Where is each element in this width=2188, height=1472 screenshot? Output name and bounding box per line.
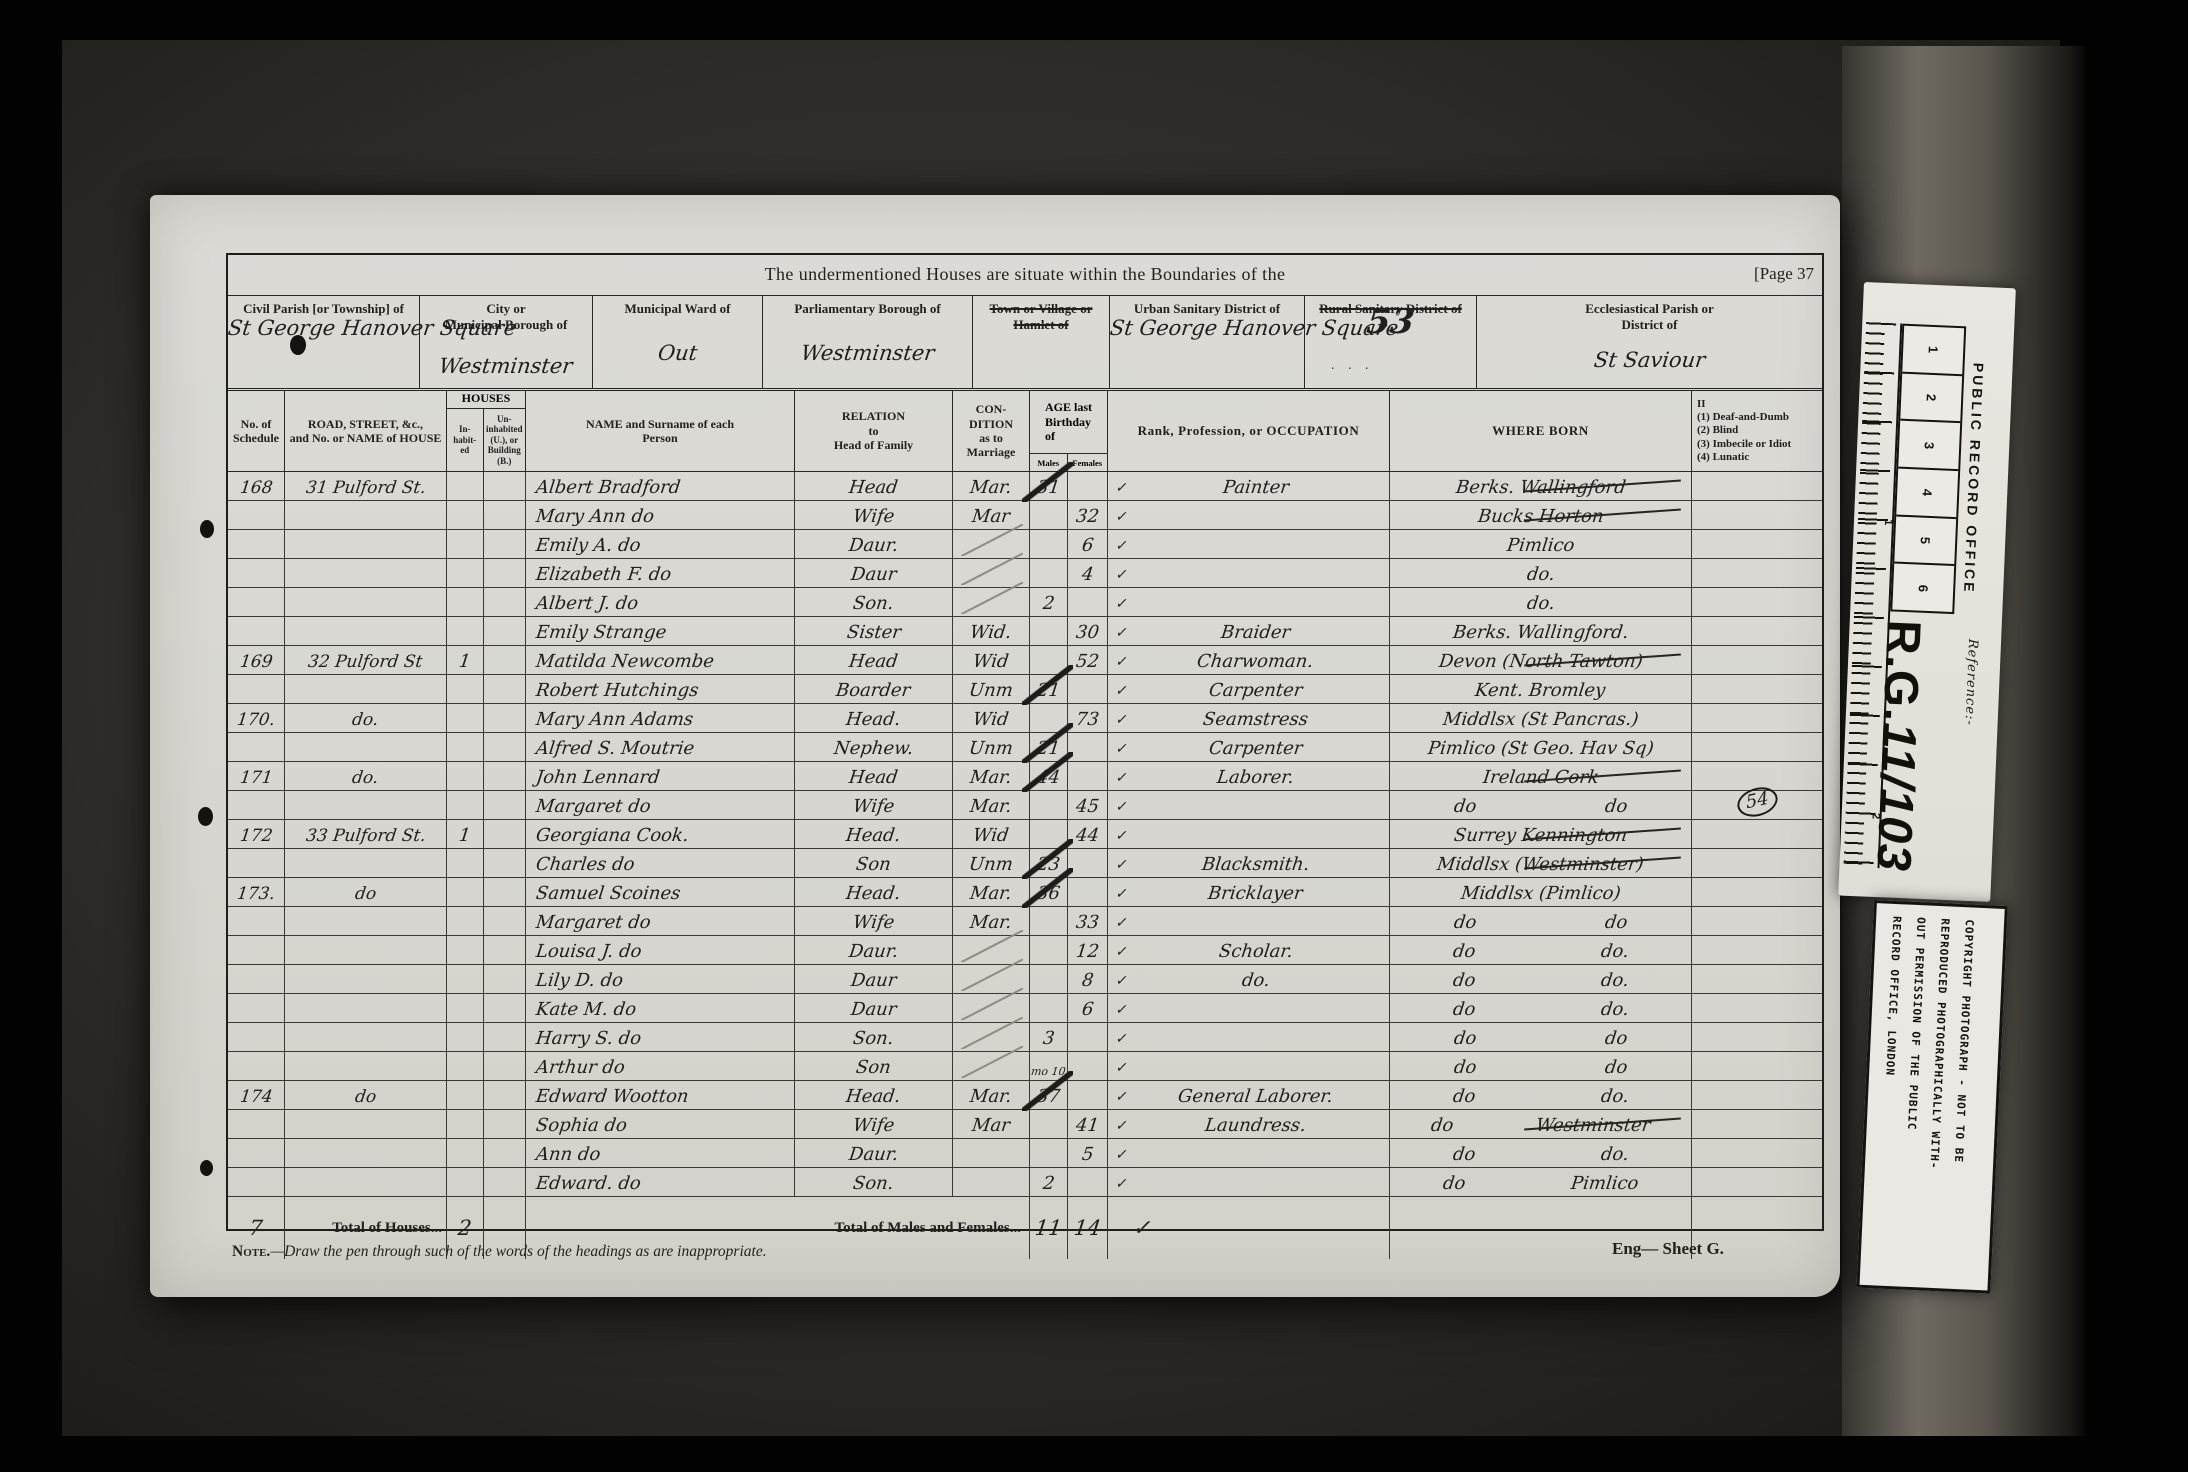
schedule-number: 174: [228, 1081, 285, 1109]
relation-to-head: Nephew.: [795, 733, 953, 761]
person-name-text: Robert Hutchings: [535, 682, 700, 700]
microfilm-scan: The undermentioned Houses are situate wi…: [0, 0, 2188, 1472]
where-born-text: do: [1603, 798, 1628, 816]
copyright-label: COPYRIGHT PHOTOGRAPH - NOT TO BE REPRODU…: [1856, 900, 2007, 1294]
occupation-text: Blacksmith.: [1201, 856, 1311, 874]
marriage-condition: [953, 1023, 1030, 1051]
check-mark: ✓: [1114, 1118, 1129, 1134]
age-female: [1068, 849, 1108, 877]
where-born-text: Surrey Kennington: [1453, 827, 1628, 845]
check-mark: ✓: [1114, 1089, 1129, 1105]
where-born-text: do: [1603, 914, 1628, 932]
road-name: 32 Pulford St: [285, 646, 447, 674]
age-female: [1068, 1081, 1108, 1109]
relation-to-head: Daur.: [795, 936, 953, 964]
column-header-relation: RELATION to Head of Family: [795, 391, 953, 471]
schedule-number: [228, 1023, 285, 1051]
district-box-rural-sanitary: Rural Sanitary District of 53 . . .: [1305, 296, 1477, 388]
relation-to-head-text: Wife: [852, 1117, 895, 1135]
district-box-value: Out: [657, 343, 699, 364]
age-female: 30: [1068, 617, 1108, 645]
schedule-number-text: 169: [239, 654, 274, 671]
form-title: The undermentioned Houses are situate wi…: [488, 264, 1562, 285]
total-check: ✓: [1108, 1197, 1390, 1259]
occupation-text: General Laborer.: [1177, 1088, 1334, 1106]
age-male-text: 2: [1042, 595, 1056, 613]
disability: [1692, 820, 1822, 848]
schedule-number: [228, 733, 285, 761]
ruler-number: 1: [1902, 326, 1964, 376]
relation-to-head-text: Wife: [852, 798, 895, 816]
schedule-number: [228, 1052, 285, 1080]
ruler-number: 4: [1896, 469, 1958, 519]
table-row: 174doEdward WoottonHead.Mar.37✓General L…: [228, 1081, 1822, 1110]
table-row: 16932 Pulford St1Matilda NewcombeHeadWid…: [228, 646, 1822, 675]
where-born: dodo.: [1390, 1081, 1692, 1109]
road-name-text: do.: [351, 712, 379, 729]
ink-blot: [200, 520, 214, 538]
where-born-text: Pimlico (St Geo. Hav Sq): [1427, 740, 1655, 758]
relation-to-head: Daur.: [795, 530, 953, 558]
person-name: Albert J. do: [526, 588, 795, 616]
disability: [1692, 965, 1822, 993]
sheet-label: Eng— Sheet G.: [1612, 1239, 1724, 1259]
person-name: Emily Strange: [526, 617, 795, 645]
road-name-text: do.: [351, 770, 379, 787]
age-male: [1030, 501, 1068, 529]
occupation: ✓Blacksmith.: [1108, 849, 1390, 877]
marriage-condition: [953, 588, 1030, 616]
person-name-text: Elizabeth F. do: [535, 566, 672, 584]
ink-blot: [198, 807, 213, 826]
form-frame: The undermentioned Houses are situate wi…: [226, 253, 1824, 1231]
houses-inhabited: [447, 1110, 484, 1138]
houses-inhabited: [447, 1139, 484, 1167]
district-box-civil-parish: Civil Parish [or Township] of St George …: [228, 296, 420, 388]
where-born-text: do: [1452, 943, 1477, 961]
marriage-condition: Mar.: [953, 878, 1030, 906]
ruler-number-boxes: 1 2 3 4 5 6: [1890, 324, 1966, 614]
marriage-condition-text: Unm: [968, 740, 1014, 758]
relation-to-head-text: Son: [855, 1059, 892, 1077]
schedule-number: [228, 1110, 285, 1138]
occupation-text: Scholar.: [1218, 943, 1294, 961]
houses-uninhabited: [484, 791, 526, 819]
marriage-condition: Wid.: [953, 617, 1030, 645]
road-name: [285, 617, 447, 645]
column-header-females: Females: [1068, 454, 1107, 471]
age-male: mo 10: [1030, 1052, 1068, 1080]
check-mark: ✓: [1114, 770, 1129, 786]
age-male: [1030, 907, 1068, 935]
occupation: ✓: [1108, 1052, 1390, 1080]
column-header-disability: II (1) Deaf-and-Dumb (2) Blind (3) Imbec…: [1692, 391, 1822, 471]
schedule-number: [228, 501, 285, 529]
pro-reference-label: 1 2 1 2 3 4 5 6 PUBLIC RECORD OFFICE Ref…: [1838, 282, 2016, 902]
person-name-text: Louisa J. do: [535, 943, 643, 961]
where-born-text: do.: [1526, 566, 1556, 584]
person-name-text: Lily D. do: [535, 972, 624, 990]
check-mark: ✓: [1114, 1147, 1129, 1163]
district-box-town-village: Town or Village or Hamlet of: [973, 296, 1110, 388]
where-born: do.: [1390, 559, 1692, 587]
age-male: [1030, 1110, 1068, 1138]
disability: [1692, 588, 1822, 616]
road-name: [285, 530, 447, 558]
ruler-small-number: 1: [1882, 519, 1894, 526]
occupation: ✓General Laborer.: [1108, 1081, 1390, 1109]
houses-uninhabited: [484, 907, 526, 935]
road-name: [285, 965, 447, 993]
relation-to-head: Daur.: [795, 1139, 953, 1167]
age-male-text: 21: [1036, 740, 1061, 758]
houses-inhabited: [447, 559, 484, 587]
relation-to-head: Head.: [795, 1081, 953, 1109]
schedule-number: [228, 559, 285, 587]
person-name: Ann do: [526, 1139, 795, 1167]
disability: [1692, 849, 1822, 877]
road-name: [285, 588, 447, 616]
marriage-condition-text: Wid.: [969, 624, 1012, 642]
relation-to-head: Son.: [795, 588, 953, 616]
table-row: Elizabeth F. doDaur4✓do.: [228, 559, 1822, 588]
disability: [1692, 1168, 1822, 1196]
age-female: [1068, 762, 1108, 790]
column-header-row: No. of Schedule ROAD, STREET, &c., and N…: [228, 391, 1822, 472]
marriage-condition: [953, 1052, 1030, 1080]
ruler-number: 5: [1894, 516, 1956, 566]
occupation: ✓do.: [1108, 965, 1390, 993]
where-born-text: do.: [1599, 1088, 1629, 1106]
schedule-number-text: 172: [239, 828, 274, 845]
reference-number: R.G.11/103: [1865, 619, 1931, 873]
houses-uninhabited: [484, 849, 526, 877]
age-female-text: 5: [1081, 1146, 1095, 1164]
census-rows: 16831 Pulford St.Albert BradfordHeadMar.…: [228, 472, 1822, 1197]
houses-uninhabited: [484, 762, 526, 790]
person-name: Harry S. do: [526, 1023, 795, 1051]
column-header-where-born: WHERE BORN: [1390, 391, 1692, 471]
where-born-text: do.: [1599, 972, 1629, 990]
marriage-condition: Mar.: [953, 791, 1030, 819]
table-row: Emily StrangeSisterWid.30✓BraiderBerks. …: [228, 617, 1822, 646]
houses-uninhabited: [484, 588, 526, 616]
age-male-text: 36: [1036, 885, 1061, 903]
relation-to-head-text: Sister: [845, 624, 901, 642]
district-box-label: Civil Parish [or Township] of: [228, 301, 419, 317]
houses-inhabited: [447, 849, 484, 877]
schedule-number: [228, 936, 285, 964]
relation-to-head-text: Son.: [852, 1030, 895, 1048]
district-box-borough: City or Municipal Borough of Westminster: [420, 296, 593, 388]
marriage-condition: [953, 994, 1030, 1022]
table-row: Lily D. doDaur8✓do.dodo.: [228, 965, 1822, 994]
age-female: 32: [1068, 501, 1108, 529]
age-female: 45: [1068, 791, 1108, 819]
relation-to-head-text: Wife: [852, 508, 895, 526]
person-name: Robert Hutchings: [526, 675, 795, 703]
age-male: [1030, 965, 1068, 993]
relation-to-head: Boarder: [795, 675, 953, 703]
occupation-text: Bricklayer: [1207, 885, 1304, 903]
age-male-text: 2: [1042, 1175, 1056, 1193]
copyright-text: COPYRIGHT PHOTOGRAPH - NOT TO BE REPRODU…: [1868, 915, 1981, 1277]
where-born-text: Westminster: [1534, 1117, 1651, 1135]
schedule-number-text: 170.: [236, 712, 276, 729]
age-female: 8: [1068, 965, 1108, 993]
person-name: Kate M. do: [526, 994, 795, 1022]
age-title: AGE last Birthday of: [1030, 391, 1107, 453]
houses-inhabited: [447, 704, 484, 732]
person-name: Lily D. do: [526, 965, 795, 993]
column-header-name: NAME and Surname of each Person: [526, 391, 795, 471]
disability: [1692, 1081, 1822, 1109]
occupation: ✓: [1108, 559, 1390, 587]
age-male: [1030, 646, 1068, 674]
occupation: ✓Charwoman.: [1108, 646, 1390, 674]
column-header-houses: HOUSES In- habit- ed Un- inhabited (U.),…: [447, 391, 526, 471]
marriage-condition: [953, 965, 1030, 993]
page-number: [Page 37: [1754, 264, 1814, 284]
occupation-text: Carpenter: [1208, 682, 1304, 700]
schedule-number-text: 174: [239, 1089, 274, 1106]
person-name: Arthur do: [526, 1052, 795, 1080]
where-born-text: do: [1442, 1175, 1467, 1193]
relation-to-head: Head: [795, 646, 953, 674]
age-female: 41: [1068, 1110, 1108, 1138]
where-born-text: do: [1453, 1030, 1478, 1048]
marriage-condition: Unm: [953, 675, 1030, 703]
marriage-condition-text: Unm: [968, 856, 1014, 874]
check-mark: ✓: [1114, 654, 1129, 670]
person-name-text: Emily Strange: [535, 624, 667, 642]
road-name: [285, 501, 447, 529]
district-box-label: Town or Village or Hamlet of: [973, 301, 1109, 334]
relation-to-head: Daur: [795, 559, 953, 587]
occupation: ✓: [1108, 501, 1390, 529]
person-name-text: John Lennard: [535, 769, 661, 787]
person-name: Elizabeth F. do: [526, 559, 795, 587]
column-header-schedule: No. of Schedule: [228, 391, 285, 471]
houses-uninhabited: [484, 820, 526, 848]
where-born: Pimlico: [1390, 530, 1692, 558]
schedule-number-text: 171: [239, 770, 274, 787]
where-born-text: do: [1452, 1001, 1477, 1019]
houses-inhabited: 1: [447, 646, 484, 674]
road-name: [285, 907, 447, 935]
age-male-text: mo 10: [1031, 1066, 1067, 1077]
where-born-text: do.: [1599, 1001, 1629, 1019]
district-band: Civil Parish [or Township] of St George …: [228, 296, 1822, 391]
disability: [1692, 994, 1822, 1022]
age-male: [1030, 936, 1068, 964]
check-mark: ✓: [1114, 567, 1129, 583]
relation-to-head: Daur: [795, 994, 953, 1022]
check-mark: ✓: [1114, 973, 1129, 989]
marriage-condition-text: Mar.: [969, 479, 1013, 497]
schedule-number: 170.: [228, 704, 285, 732]
road-name: [285, 559, 447, 587]
schedule-number: 172: [228, 820, 285, 848]
where-born: dodo.: [1390, 1139, 1692, 1167]
person-name-text: Kate M. do: [535, 1001, 637, 1019]
table-row: Edward. doSon.2✓doPimlico: [228, 1168, 1822, 1197]
check-mark: ✓: [1114, 915, 1129, 931]
district-box-value: Westminster: [438, 356, 574, 377]
where-born-text: do: [1453, 1059, 1478, 1077]
age-female: [1068, 588, 1108, 616]
check-mark: ✓: [1114, 596, 1129, 612]
person-name-text: Alfred S. Moutrie: [535, 740, 695, 758]
road-name: do.: [285, 762, 447, 790]
person-name-text: Arthur do: [535, 1059, 626, 1077]
houses-uninhabited: [484, 704, 526, 732]
houses-inhabited: 1: [447, 820, 484, 848]
where-born-text: do.: [1599, 943, 1629, 961]
relation-to-head-text: Nephew.: [833, 740, 914, 758]
relation-to-head-text: Daur.: [848, 943, 899, 961]
age-male: [1030, 791, 1068, 819]
person-name-text: Mary Ann Adams: [535, 711, 694, 729]
occupation: ✓: [1108, 994, 1390, 1022]
column-header-inhabited: In- habit- ed: [447, 409, 484, 471]
age-male: 3: [1030, 1023, 1068, 1051]
marriage-condition: Unm: [953, 733, 1030, 761]
houses-inhabited: [447, 936, 484, 964]
road-name: [285, 849, 447, 877]
houses-uninhabited: [484, 733, 526, 761]
marriage-condition: Mar.: [953, 472, 1030, 500]
total-males: 11: [1030, 1197, 1068, 1259]
table-row: Emily A. doDaur.6✓Pimlico: [228, 530, 1822, 559]
reference-value: 11/103: [1866, 721, 1925, 872]
district-box-ecclesiastical: Ecclesiastical Parish or District of St …: [1477, 296, 1822, 388]
table-row: Charles doSonUnm23✓Blacksmith.Middlsx (W…: [228, 849, 1822, 878]
person-name: Sophia do: [526, 1110, 795, 1138]
table-row: Robert HutchingsBoarderUnm21✓CarpenterKe…: [228, 675, 1822, 704]
footer-note: Note.—Draw the pen through such of the w…: [232, 1243, 767, 1261]
table-row: Louisa J. doDaur.12✓Scholar.dodo.: [228, 936, 1822, 965]
relation-to-head-text: Daur.: [848, 1146, 899, 1164]
occupation: ✓: [1108, 588, 1390, 616]
road-name-text: 32 Pulford St: [307, 654, 423, 671]
check-mark: ✓: [1114, 480, 1129, 496]
where-born: Middlsx (Westminster): [1390, 849, 1692, 877]
age-male-text: 44: [1036, 769, 1061, 787]
relation-to-head-text: Head: [848, 769, 899, 787]
age-female-text: 52: [1075, 653, 1100, 671]
age-male: 23: [1030, 849, 1068, 877]
age-female: 33: [1068, 907, 1108, 935]
district-box-label: Municipal Ward of: [593, 301, 762, 317]
houses-uninhabited: [484, 965, 526, 993]
relation-to-head: Daur: [795, 965, 953, 993]
column-header-occupation: Rank, Profession, or OCCUPATION: [1108, 391, 1390, 471]
marriage-condition: Wid: [953, 704, 1030, 732]
houses-uninhabited: [484, 617, 526, 645]
person-name: Mary Ann do: [526, 501, 795, 529]
person-name: Margaret do: [526, 791, 795, 819]
houses-uninhabited: [484, 1168, 526, 1196]
table-row: Margaret doWifeMar.45✓dodo54: [228, 791, 1822, 820]
where-born: Devon (North Tawton): [1390, 646, 1692, 674]
check-mark: ✓: [1114, 741, 1129, 757]
marriage-condition: Mar.: [953, 1081, 1030, 1109]
schedule-number: 171: [228, 762, 285, 790]
marriage-condition-text: Mar.: [969, 885, 1013, 903]
age-male: [1030, 994, 1068, 1022]
table-row: Kate M. doDaur6✓dodo.: [228, 994, 1822, 1023]
where-born-text: do.: [1526, 595, 1556, 613]
table-row: Ann doDaur.5✓dodo.: [228, 1139, 1822, 1168]
schedule-number: 173.: [228, 878, 285, 906]
table-row: Albert J. doSon.2✓do.: [228, 588, 1822, 617]
relation-to-head-text: Son.: [852, 1175, 895, 1193]
relation-to-head: Wife: [795, 1110, 953, 1138]
disability: [1692, 646, 1822, 674]
where-born-text: Pimlico: [1570, 1175, 1640, 1193]
where-born-text: Middlsx (Pimlico): [1460, 885, 1622, 903]
age-male-text: 3: [1042, 1030, 1056, 1048]
disability: [1692, 559, 1822, 587]
where-born-text: do: [1452, 1088, 1477, 1106]
relation-to-head: Son: [795, 849, 953, 877]
houses-inhabited: [447, 1023, 484, 1051]
houses-uninhabited: [484, 1081, 526, 1109]
schedule-number: [228, 994, 285, 1022]
relation-to-head-text: Son: [855, 856, 892, 874]
table-row: 173.doSamuel ScoinesHead.Mar.36✓Bricklay…: [228, 878, 1822, 907]
relation-to-head-text: Son.: [852, 595, 895, 613]
relation-to-head: Head: [795, 762, 953, 790]
person-name: Charles do: [526, 849, 795, 877]
marriage-condition: Mar: [953, 501, 1030, 529]
where-born: Surrey Kennington: [1390, 820, 1692, 848]
age-female: [1068, 1168, 1108, 1196]
occupation: ✓: [1108, 1168, 1390, 1196]
relation-to-head-text: Daur: [850, 566, 898, 584]
disability: [1692, 762, 1822, 790]
table-row: Sophia doWifeMar41✓Laundress.doWestminst…: [228, 1110, 1822, 1139]
marriage-condition-text: Wid: [972, 653, 1010, 671]
check-mark: ✓: [1114, 828, 1129, 844]
where-born: Bucks Horton: [1390, 501, 1692, 529]
marriage-condition-text: Unm: [968, 682, 1014, 700]
where-born: dodo: [1390, 791, 1692, 819]
where-born-text: Berks. Wallingford.: [1452, 624, 1630, 642]
relation-to-head-text: Head: [848, 479, 899, 497]
reference-prefix: R.G.: [1873, 619, 1930, 724]
check-mark: ✓: [1114, 1060, 1129, 1076]
age-male-text: 31: [1036, 479, 1061, 497]
relation-to-head: Son: [795, 1052, 953, 1080]
occupation: ✓Carpenter: [1108, 675, 1390, 703]
public-record-office-label: PUBLIC RECORD OFFICE: [1961, 363, 1987, 595]
check-mark: ✓: [1114, 538, 1129, 554]
houses-uninhabited: [484, 936, 526, 964]
houses-uninhabited: [484, 1023, 526, 1051]
occupation-text: Carpenter: [1208, 740, 1304, 758]
age-female-text: 32: [1075, 508, 1100, 526]
houses-title: HOUSES: [447, 391, 525, 409]
age-female-text: 6: [1081, 1001, 1095, 1019]
age-male-text: 23: [1036, 856, 1061, 874]
occupation: ✓: [1108, 791, 1390, 819]
marriage-condition: [953, 1139, 1030, 1167]
table-row: Mary Ann doWifeMar32✓Bucks Horton: [228, 501, 1822, 530]
relation-to-head-text: Wife: [852, 914, 895, 932]
person-name: Samuel Scoines: [526, 878, 795, 906]
